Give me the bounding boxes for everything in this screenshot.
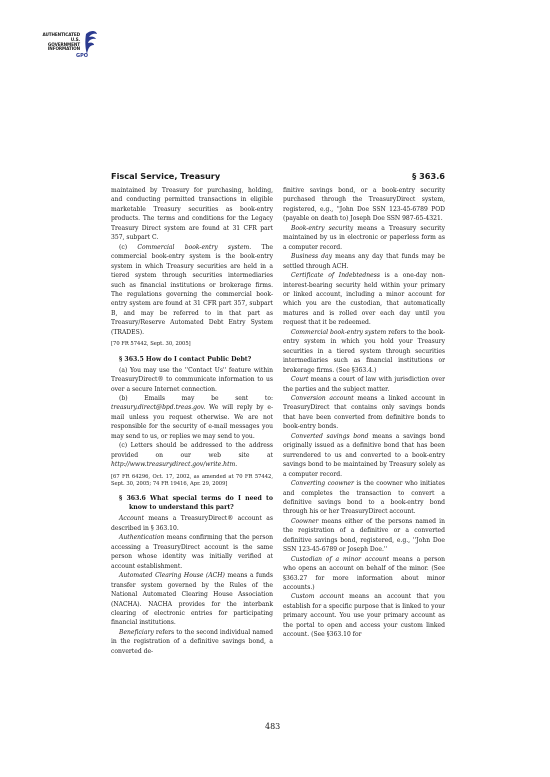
term: Book-entry security [291,225,353,232]
logo-line-3: INFORMATION [40,47,80,52]
definition-book-entry-security: Book-entry security means a Treasury sec… [283,224,445,252]
paragraph-a: (a) You may use the ''Contact Us'' featu… [111,366,273,394]
term: Authentication [119,534,164,541]
term: Conversion account [291,395,354,402]
definition-commercial-book-entry-system: Commercial book-entry system refers to t… [283,328,445,375]
term: Converting coowner [291,480,354,487]
term: Automated Clearing House (ACH) [119,572,225,579]
definition-converted-savings-bond: Converted savings bond means a savings b… [283,432,445,479]
definition-ach: Automated Clearing House (ACH) means a f… [111,571,273,628]
citation: [67 FR 64296, Oct. 17, 2002, as amended … [111,474,273,489]
definition: The commercial book-entry system is the … [111,244,273,336]
term: Certificate of Indebtedness [291,272,380,279]
paragraph-c: (c) Commercial book-entry system. The co… [111,243,273,338]
email-address: treasury.direct@bpd.treas.gov. [111,404,205,411]
definition: is a one-day non-interest-bearing securi… [283,272,445,326]
para-label: (c) [119,244,137,251]
definition-custom-account: Custom account means an account that you… [283,592,445,639]
definition-coowner: Coowner means either of the persons name… [283,517,445,555]
right-column: finitive savings bond, or a book-entry s… [283,186,445,640]
gpo-logo-text: AUTHENTICATED U.S. GOVERNMENT INFORMATIO… [40,33,80,52]
text: (c) Letters should be addressed to the a… [111,442,273,458]
definition-authentication: Authentication means confirming that the… [111,533,273,571]
text: (b) Emails may be sent to: [119,395,273,402]
definition: means a funds transfer system governed b… [111,572,273,626]
gpo-authenticated-logo: AUTHENTICATED U.S. GOVERNMENT INFORMATIO… [40,30,90,68]
section-heading-363-6: § 363.6 What special terms do I need to … [111,494,273,512]
gpo-mark: GPO [76,53,88,59]
running-head: Fiscal Service, Treasury § 363.6 [111,171,445,185]
section-number: § 363.6 [412,171,445,181]
paragraph: maintained by Treasury for purchasing, h… [111,186,273,243]
agency-title: Fiscal Service, Treasury [111,171,220,181]
definition: means a court of law with jurisdiction o… [283,376,445,392]
definition-business-day: Business day means any day that funds ma… [283,252,445,271]
term: Custom account [291,593,344,600]
paragraph-b: (b) Emails may be sent to: treasury.dire… [111,394,273,441]
term: Account [119,515,144,522]
citation: [70 FR 57442, Sept. 30, 2005] [111,341,273,348]
definition-beneficiary: Beneficiary refers to the second individ… [111,628,273,656]
definition-court: Court means a court of law with jurisdic… [283,375,445,394]
term: Court [291,376,308,383]
paragraph: finitive savings bond, or a book-entry s… [283,186,445,224]
term: Business day [291,253,332,260]
paragraph-c-letters: (c) Letters should be addressed to the a… [111,441,273,469]
term: Commercial book-entry system [291,329,386,336]
term: Coowner [291,518,318,525]
left-column: maintained by Treasury for purchasing, h… [111,186,273,656]
definition-custodian: Custodian of a minor account means a per… [283,555,445,593]
definition-certificate-of-indebtedness: Certificate of Indebtedness is a one-day… [283,271,445,328]
definition-account: Account means a TreasuryDirect® account … [111,514,273,533]
page-number: 483 [265,722,280,731]
term: Custodian of a minor account [291,556,389,563]
web-url: http://www.treasurydirect.gov/write.htm. [111,461,237,468]
definition-conversion-account: Conversion account means a linked accoun… [283,394,445,432]
term: Converted savings bond [291,433,369,440]
term: Beneficiary [119,629,154,636]
definition-converting-coowner: Converting coowner is the coowner who in… [283,479,445,517]
term: Commercial book-entry system. [137,244,251,251]
section-heading-363-5: § 363.5 How do I contact Public Debt? [111,355,273,364]
